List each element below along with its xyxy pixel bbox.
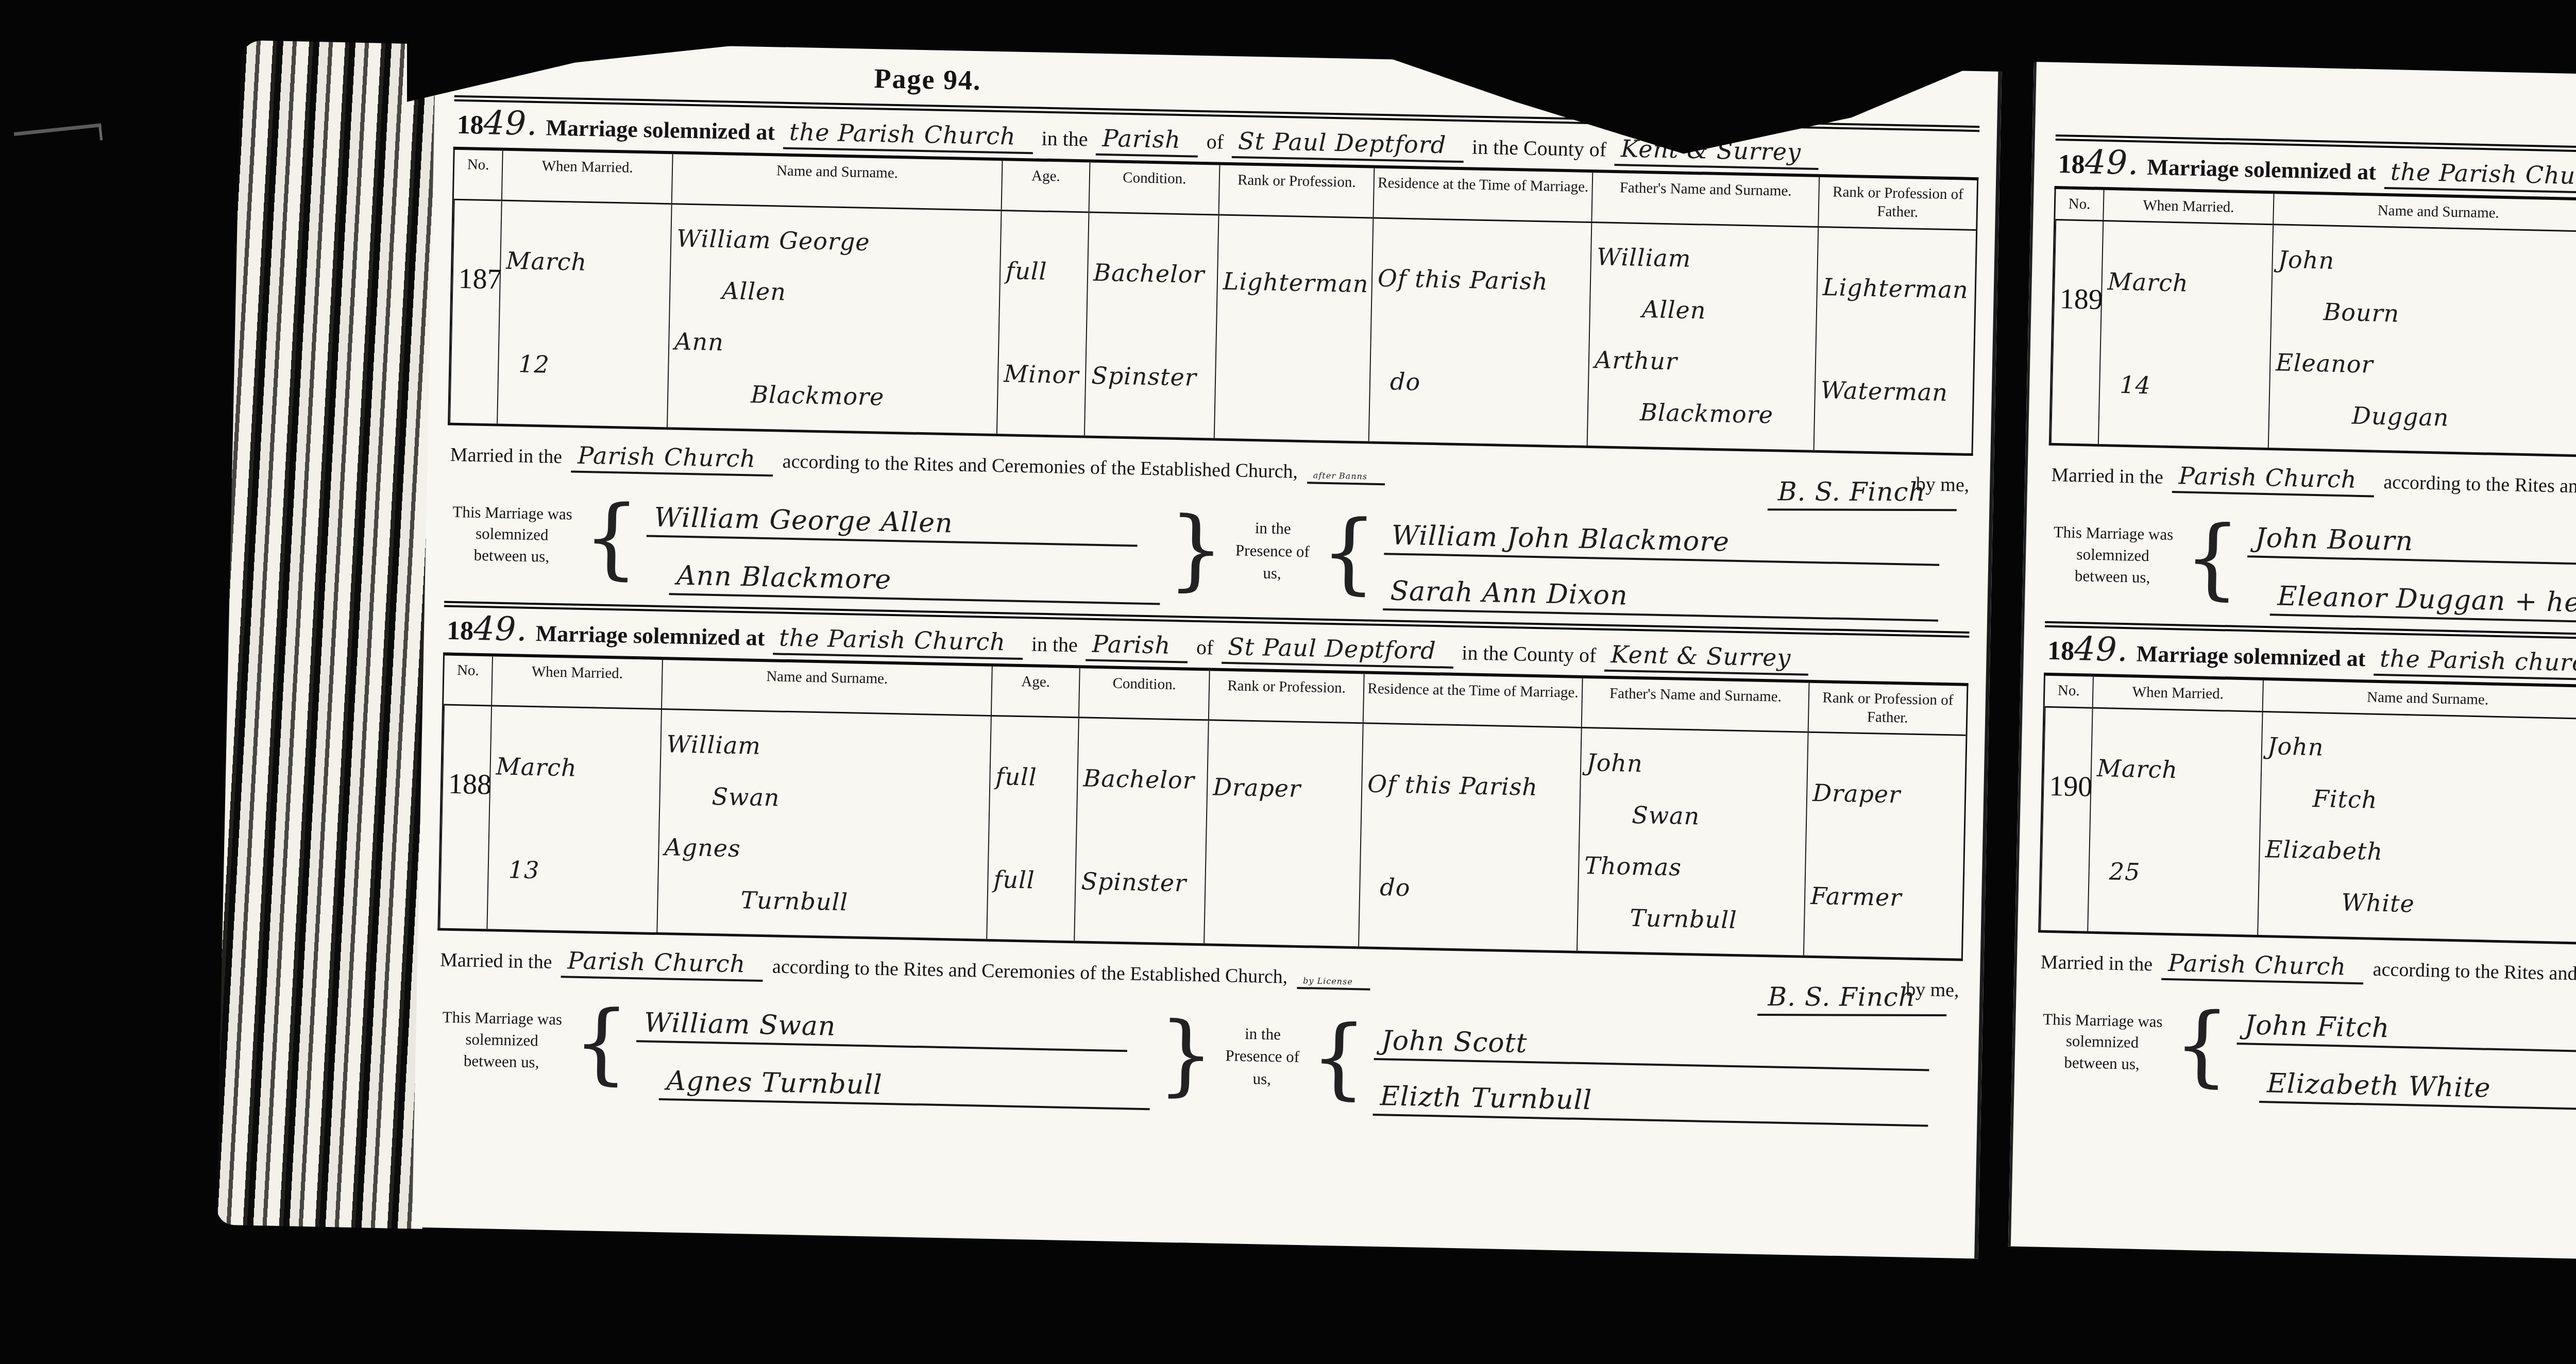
col-header-age: Age.: [1001, 161, 1090, 213]
brace-left: {: [583, 493, 640, 582]
solemnized-label: This Marriage was solemnized between us,: [447, 477, 578, 594]
father-rank-cell: Lighterman Waterman: [1814, 227, 1976, 453]
register-entry-190: 1849. Marriage solemnized at the Parish …: [2035, 621, 2576, 1134]
church-name-handwritten: the Parish Church: [783, 118, 1033, 155]
groom-signature: William George Allen: [647, 502, 1138, 547]
father-name-cell: William Allen Arthur Blackmore: [1587, 223, 1818, 450]
witness-signature-1: John Scott: [1374, 1025, 1930, 1071]
groom-surname: Fitch: [2312, 786, 2576, 817]
father-rank-cell: Draper Farmer: [1803, 733, 1966, 959]
names-cell: William George Allen Ann Blackmore: [667, 204, 1001, 434]
church-name-handwritten: the Parish church: [2374, 644, 2576, 681]
groom-rank: Lighterman: [1223, 269, 1366, 297]
when-married-cell: March 25: [2087, 708, 2262, 934]
col-header-no: No.: [454, 150, 502, 201]
entry-number: 190: [2040, 707, 2092, 931]
register-page-95: Page 95. 1849. Marriage solemnized at th…: [2008, 62, 2576, 1283]
witness-signatures: William John Blackmore Sarah Ann Dixon: [1383, 496, 1970, 622]
when-married-cell: March 13: [486, 706, 661, 932]
register-page-94: Page 94. 1849. Marriage solemnized at th…: [412, 40, 2002, 1259]
bride-father-surname: Blackmore: [1639, 400, 1809, 428]
parish-name-handwritten: St Paul Deptford: [1231, 127, 1464, 163]
names-cell: John Fitch Elizabeth White: [2257, 712, 2576, 942]
bride-surname: Turnbull: [740, 888, 982, 917]
bride-surname: Blackmore: [751, 382, 992, 412]
register-entry-189: 1849. Marriage solemnized at the Parish …: [2045, 134, 2576, 647]
witness-signature-2: Elizth Turnbull: [1372, 1081, 1929, 1127]
groom-signature: William Swan: [636, 1007, 1128, 1052]
groom-father-rank: Lighterman: [1822, 275, 1970, 302]
groom-surname: Allen: [722, 279, 994, 309]
names-cell: William Swan Agnes Turnbull: [656, 710, 991, 939]
county-name-handwritten: Kent & Surrey: [1615, 134, 1819, 170]
bride-father-first: Arthur: [1595, 348, 1810, 377]
bride-surname: Duggan: [2352, 403, 2576, 433]
page-title: Page 94.: [454, 54, 1401, 105]
church-name-handwritten: the Parish Church: [773, 623, 1024, 660]
col-header-when-married: When Married.: [501, 151, 672, 204]
register-entry-188: 1849. Marriage solemnized at the Parish …: [434, 601, 1970, 1128]
groom-father-first: William: [1597, 245, 1812, 274]
register-table: No. When Married. Name and Surname. Age.…: [2038, 673, 2576, 967]
condition-cell: Bachelor Spinster: [1074, 718, 1208, 943]
solemnized-block: B. S. Finch This Marriage was solemnized…: [2035, 984, 2576, 1134]
col-header-residence: Residence at the Time of Marriage.: [1372, 168, 1592, 223]
church-name-handwritten: the Parish Church: [2384, 158, 2576, 195]
register-table: No. When Married. Name and Surname. Age.…: [448, 147, 1978, 456]
groom-signature: John Fitch: [2237, 1010, 2576, 1056]
film-scratch-mark: [14, 123, 103, 149]
col-header-name: Name and Surname.: [671, 154, 1002, 211]
age-cell: full full: [986, 717, 1078, 941]
when-married-cell: March 14: [2098, 221, 2273, 448]
groom-surname: Bourn: [2323, 299, 2576, 330]
parish-word-handwritten: Parish: [1096, 124, 1198, 158]
bride-condition: Spinster: [1091, 363, 1210, 390]
officiant-signature: B. S. Finch: [1768, 476, 1957, 511]
groom-residence: Of this Parish: [1378, 266, 1585, 295]
bride-signature: Eleanor Duggan + her Mark: [2270, 581, 2576, 627]
county-name-handwritten: Kent & Surrey: [1604, 640, 1809, 675]
when-married-cell: March 12: [497, 201, 671, 427]
groom-first-name: John: [2278, 247, 2576, 279]
marriage-method-handwritten: after Banns: [1307, 470, 1385, 485]
groom-age: full: [1006, 259, 1082, 285]
groom-condition: Bachelor: [1093, 260, 1212, 287]
presence-label: in the Presence of us,: [1231, 517, 1315, 585]
col-header-condition: Condition.: [1089, 163, 1219, 216]
bride-signature: Elizabeth White: [2259, 1068, 2576, 1114]
register-table: No. When Married. Name and Surname. Age.…: [2049, 186, 2576, 481]
bride-first-name: Elizabeth: [2265, 837, 2576, 869]
residence-cell: Of this Parish do: [1368, 218, 1591, 445]
names-cell: John Bourn Eleanor Duggan: [2268, 225, 2576, 455]
register-table: No. When Married. Name and Surname. Age.…: [437, 652, 1968, 961]
condition-cell: Bachelor Spinster: [1084, 213, 1218, 438]
parish-word-handwritten: Parish: [1086, 629, 1188, 663]
bride-age: Minor: [1004, 362, 1080, 388]
entry-number: 187: [449, 200, 501, 423]
officiant-signature: B. S. Finch: [1757, 982, 1946, 1016]
groom-surname: Swan: [711, 784, 984, 814]
col-header-father-name: Father's Name and Surname.: [1591, 173, 1819, 227]
year-printed: 1849.: [446, 615, 528, 647]
book-page-edges: [216, 40, 447, 1229]
marriage-day: 12: [518, 352, 663, 380]
groom-first-name: William: [666, 731, 985, 763]
married-church-handwritten: Parish Church: [571, 441, 774, 476]
witness-signature-1: William John Blackmore: [1384, 520, 1940, 566]
witness-signature-2: Sarah Ann Dixon: [1383, 575, 1939, 622]
groom-signature: John Bourn: [2247, 523, 2576, 569]
rank-cell: Lighterman: [1214, 215, 1373, 441]
bride-first-name: Agnes: [664, 834, 983, 866]
brace-open: {: [1320, 508, 1378, 596]
year-printed: 1849.: [2047, 636, 2128, 668]
bride-signature: Ann Blackmore: [669, 560, 1161, 605]
residence-cell: Of this Parish do: [1358, 724, 1581, 950]
groom-first-name: William George: [676, 226, 995, 258]
groom-first-name: John: [2267, 734, 2576, 766]
register-entry-187: 1849. Marriage solemnized at the Parish …: [445, 95, 1980, 622]
bride-first-name: Eleanor: [2276, 350, 2576, 382]
col-header-rank: Rank or Profession.: [1218, 165, 1374, 219]
parish-name-handwritten: St Paul Deptford: [1222, 632, 1454, 668]
entry-number: 189: [2050, 220, 2103, 444]
father-name-cell: John Swan Thomas Turnbull: [1577, 728, 1808, 956]
bride-residence: do: [1390, 369, 1583, 398]
party-signatures: William George Allen Ann Blackmore: [646, 481, 1162, 606]
brace-close: }: [1167, 505, 1225, 593]
col-header-father-rank: Rank or Profession of Father.: [1818, 177, 1977, 231]
rank-cell: Draper: [1204, 721, 1363, 946]
entry-number: 188: [439, 706, 491, 929]
groom-father-surname: Allen: [1641, 297, 1811, 325]
bride-signature: Agnes Turnbull: [659, 1065, 1150, 1110]
marriage-month: March: [506, 248, 665, 276]
header-text: Marriage solemnized at: [546, 114, 775, 145]
year-printed: 1849.: [2058, 149, 2139, 181]
bride-father-rank: Waterman: [1820, 378, 1968, 405]
bride-first-name: Ann: [674, 329, 993, 361]
bride-surname: White: [2341, 890, 2576, 920]
year-printed: 1849.: [456, 110, 538, 142]
age-cell: full Minor: [996, 211, 1089, 435]
